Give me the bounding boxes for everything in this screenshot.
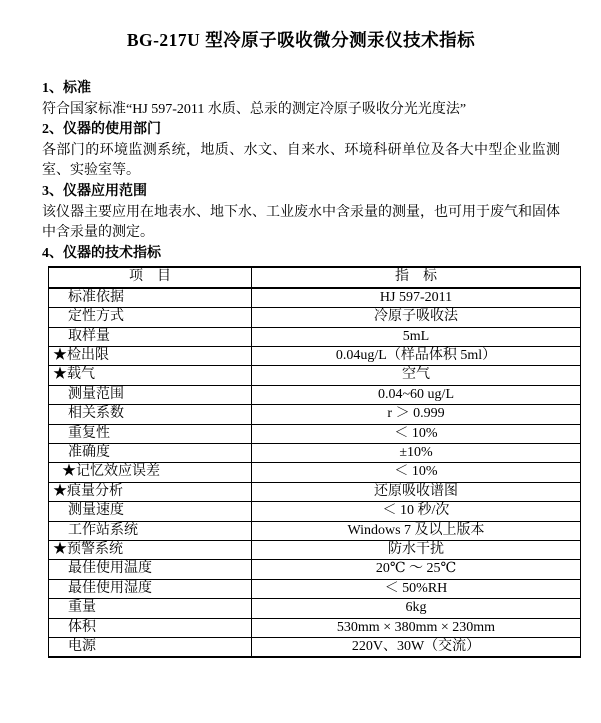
spec-item-cell: 电源 — [49, 638, 252, 658]
spec-value-cell: 0.04ug/L（样品体积 5ml） — [252, 346, 581, 365]
section-standard-heading: 1、标准 — [42, 79, 560, 100]
section-application-body: 该仪器主要应用在地表水、地下水、工业废水中含汞量的测量，也可用于废气和固体中含汞… — [42, 203, 560, 244]
spec-item-cell: 测量速度 — [49, 502, 252, 521]
spec-value-cell: ＜ 10 秒/次 — [252, 502, 581, 521]
spec-item-cell: ★载气 — [49, 366, 252, 385]
table-row: ★痕量分析 还原吸收谱图 — [49, 482, 581, 501]
table-row: 最佳使用湿度 ＜ 50%RH — [49, 579, 581, 598]
section-application: 3、仪器应用范围 该仪器主要应用在地表水、地下水、工业废水中含汞量的测量，也可用… — [42, 182, 560, 244]
table-row: ★预警系统 防水干扰 — [49, 541, 581, 560]
spec-value-cell: r ＞ 0.999 — [252, 405, 581, 424]
spec-item-cell: ★检出限 — [49, 346, 252, 365]
spec-item-cell: 准确度 — [49, 444, 252, 463]
table-row: ★载气 空气 — [49, 366, 581, 385]
spec-value-cell: ＜ 10% — [252, 424, 581, 443]
spec-table-header-item: 项 目 — [49, 267, 252, 287]
document-page: BG-217U 型冷原子吸收微分测汞仪技术指标 1、标准 符合国家标准“HJ 5… — [0, 0, 601, 723]
spec-value-cell: 530mm × 380mm × 230mm — [252, 618, 581, 637]
spec-value-cell: ＜ 50%RH — [252, 579, 581, 598]
spec-value-cell: Windows 7 及以上版本 — [252, 521, 581, 540]
spec-table-header-row: 项 目 指 标 — [49, 267, 581, 287]
spec-value-cell: ＜ 10% — [252, 463, 581, 482]
table-row: 定性方式 冷原子吸收法 — [49, 308, 581, 327]
spec-item-cell: ★记忆效应误差 — [49, 463, 252, 482]
spec-value-cell: 0.04~60 ug/L — [252, 385, 581, 404]
spec-item-cell: ★痕量分析 — [49, 482, 252, 501]
table-row: 取样量 5mL — [49, 327, 581, 346]
spec-value-cell: 5mL — [252, 327, 581, 346]
spec-item-cell: 工作站系统 — [49, 521, 252, 540]
table-row: 测量速度 ＜ 10 秒/次 — [49, 502, 581, 521]
table-row: 标准依据 HJ 597-2011 — [49, 288, 581, 308]
spec-table-body: 标准依据 HJ 597-2011 定性方式 冷原子吸收法 取样量 5mL ★检出… — [49, 288, 581, 658]
table-row: 准确度 ±10% — [49, 444, 581, 463]
spec-item-cell: 标准依据 — [49, 288, 252, 308]
page-title: BG-217U 型冷原子吸收微分测汞仪技术指标 — [42, 28, 560, 52]
spec-value-cell: 20℃ ～ 25℃ — [252, 560, 581, 579]
spec-item-cell: 定性方式 — [49, 308, 252, 327]
spec-value-cell: ±10% — [252, 444, 581, 463]
table-row: ★记忆效应误差 ＜ 10% — [49, 463, 581, 482]
table-row: ★检出限 0.04ug/L（样品体积 5ml） — [49, 346, 581, 365]
spec-value-cell: 防水干扰 — [252, 541, 581, 560]
spec-value-cell: 6kg — [252, 599, 581, 618]
section-application-heading: 3、仪器应用范围 — [42, 182, 560, 203]
spec-value-cell: 还原吸收谱图 — [252, 482, 581, 501]
section-departments: 2、仪器的使用部门 各部门的环境监测系统，地质、水文、自来水、环境科研单位及各大… — [42, 120, 560, 182]
spec-table: 项 目 指 标 标准依据 HJ 597-2011 定性方式 冷原子吸收法 取样量… — [48, 266, 581, 658]
spec-item-cell: 最佳使用湿度 — [49, 579, 252, 598]
spec-item-cell: 重复性 — [49, 424, 252, 443]
table-row: 最佳使用温度 20℃ ～ 25℃ — [49, 560, 581, 579]
table-row: 电源 220V、30W（交流） — [49, 638, 581, 658]
spec-item-cell: 重量 — [49, 599, 252, 618]
spec-item-cell: 最佳使用温度 — [49, 560, 252, 579]
spec-value-cell: 220V、30W（交流） — [252, 638, 581, 658]
spec-value-cell: 冷原子吸收法 — [252, 308, 581, 327]
section-specs: 4、仪器的技术指标 项 目 指 标 标准依据 HJ 597-2011 定性方式 … — [42, 244, 560, 659]
spec-table-header-value: 指 标 — [252, 267, 581, 287]
spec-table-head: 项 目 指 标 — [49, 267, 581, 287]
spec-value-cell: 空气 — [252, 366, 581, 385]
section-departments-body: 各部门的环境监测系统，地质、水文、自来水、环境科研单位及各大中型企业监测室、实验… — [42, 141, 560, 182]
table-row: 工作站系统 Windows 7 及以上版本 — [49, 521, 581, 540]
section-specs-heading: 4、仪器的技术指标 — [42, 244, 560, 265]
table-row: 重量 6kg — [49, 599, 581, 618]
table-row: 重复性 ＜ 10% — [49, 424, 581, 443]
section-departments-heading: 2、仪器的使用部门 — [42, 120, 560, 141]
table-row: 体积 530mm × 380mm × 230mm — [49, 618, 581, 637]
spec-item-cell: 相关系数 — [49, 405, 252, 424]
spec-item-cell: ★预警系统 — [49, 541, 252, 560]
spec-item-cell: 体积 — [49, 618, 252, 637]
section-standard: 1、标准 符合国家标准“HJ 597-2011 水质、总汞的测定冷原子吸收分光光… — [42, 79, 560, 120]
spec-item-cell: 测量范围 — [49, 385, 252, 404]
table-row: 测量范围 0.04~60 ug/L — [49, 385, 581, 404]
section-standard-body: 符合国家标准“HJ 597-2011 水质、总汞的测定冷原子吸收分光光度法” — [42, 100, 560, 121]
spec-value-cell: HJ 597-2011 — [252, 288, 581, 308]
table-row: 相关系数 r ＞ 0.999 — [49, 405, 581, 424]
spec-item-cell: 取样量 — [49, 327, 252, 346]
